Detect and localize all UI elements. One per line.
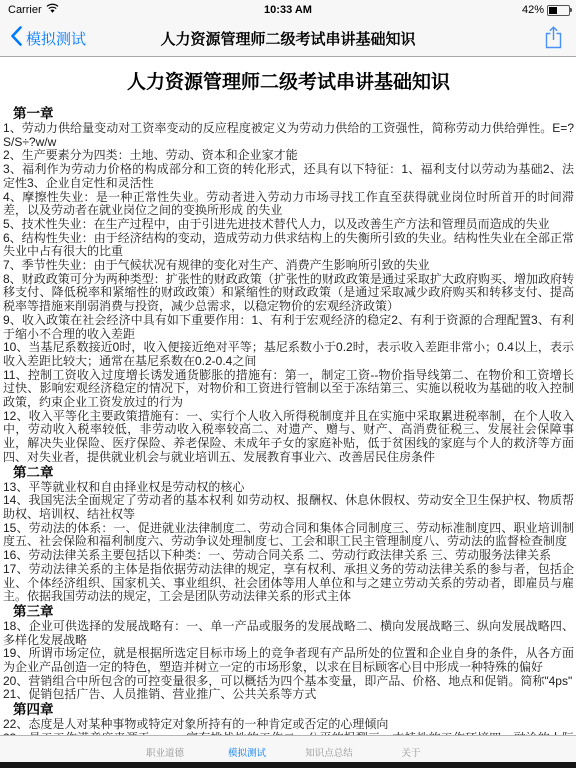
document-paragraph: 15、劳动法的体系：一、促进就业法律制度二、劳动合同和集体合同制度三、劳动标准制… — [3, 522, 574, 549]
document-paragraph: 9、收入政策在社会经济中具有如下重要作用：1、有利于宏观经济的稳定2、有利于资源… — [3, 314, 574, 341]
document-paragraph: 1、劳动力供给量变动对工资率变动的反应程度被定义为劳动力供给的工资强性，简称劳动… — [3, 122, 574, 149]
chapter-heading: 第一章 — [13, 106, 574, 122]
app-screen: Carrier 10:33 AM 42% 模拟 — [0, 0, 576, 768]
status-right: 42% — [522, 4, 576, 16]
wifi-icon — [46, 3, 59, 17]
document-paragraph: 22、态度是人对某种事物或特定对象所持有的一种肯定或否定的心理倾向 — [3, 718, 574, 732]
tab-guanyu[interactable]: 关于 — [370, 745, 452, 759]
chevron-left-icon — [10, 26, 22, 51]
status-left: Carrier — [0, 3, 59, 17]
document-paragraph: 19、所谓市场定位，就是根据所选定目标市场上的竞争者现有产品所处的位置和企业自身… — [3, 647, 574, 674]
document-paragraph: 6、结构性失业：由于经济结构的变动，造成劳动力供求结构上的失衡所引致的失业。结构… — [3, 232, 574, 259]
chapter-heading: 第二章 — [13, 465, 574, 481]
back-button-label: 模拟测试 — [26, 28, 86, 49]
document-paragraph: 7、季节性失业：由于气候状况有规律的变化对生产、消费产生影响所引致的失业 — [3, 259, 574, 273]
chapter-heading: 第三章 — [13, 604, 574, 620]
tab-zhiye-daode[interactable]: 职业道德 — [124, 745, 206, 759]
tab-zhishidian-zongjie[interactable]: 知识点总结 — [288, 745, 370, 759]
document-paragraph: 21、促销包括广告、人员推销、营业推广、公共关系等方式 — [3, 688, 574, 702]
share-icon — [545, 36, 562, 53]
battery-icon — [547, 5, 570, 16]
bottom-strip — [0, 762, 576, 768]
document-content[interactable]: 人力资源管理师二级考试串讲基础知识 第一章1、劳动力供给量变动对工资率变动的反应… — [0, 57, 576, 735]
document-paragraph: 12、收入平等化主要政策措施有：一、实行个人收入所得税制度并且在实施中采取累进税… — [3, 410, 574, 465]
document-paragraph: 5、技术性失业：在生产过程中，由于引进先进技术替代人力，以及改善生产方法和管理员… — [3, 218, 574, 232]
document-paragraph: 3、福利作为劳动力价格的构成部分和工资的转化形式，还具有以下特征：1、福利支付以… — [3, 163, 574, 190]
document-paragraph: 11、控制工资收入过度增长诱发通货膨胀的措施有：第一，制定工资--物价指导线第二… — [3, 369, 574, 410]
document-paragraph: 8、财政政策可分为两种类型：扩张性的财政政策（扩张性的财政政策是通过采取扩大政府… — [3, 273, 574, 314]
carrier-label: Carrier — [8, 4, 42, 16]
battery-percent: 42% — [522, 4, 544, 16]
status-time: 10:33 AM — [0, 4, 576, 16]
back-button[interactable]: 模拟测试 — [0, 26, 86, 51]
chapter-heading: 第四章 — [13, 702, 574, 718]
document-paragraph: 17、劳动法律关系的主体是指依据劳动法律的规定，享有权利、承担义务的劳动法律关系… — [3, 563, 574, 604]
status-bar: Carrier 10:33 AM 42% — [0, 0, 576, 20]
nav-title: 人力资源管理师二级考试串讲基础知识 — [60, 28, 516, 49]
document-paragraph: 4、摩擦性失业：是一种正常性失业。劳动者进入劳动力市场寻找工作直至获得就业岗位时… — [3, 191, 574, 218]
document-paragraph: 16、劳动法律关系主要包括以下种类：一、劳动合同关系 二、劳动行政法律关系 三、… — [3, 549, 574, 563]
share-button[interactable] — [545, 26, 562, 54]
document-title: 人力资源管理师二级考试串讲基础知识 — [3, 70, 574, 96]
document-body: 第一章1、劳动力供给量变动对工资率变动的反应程度被定义为劳动力供给的工资强性，简… — [3, 106, 574, 735]
document-paragraph: 18、企业可供选择的发展战略有：一、单一产品或服务的发展战略二、横向发展战略三、… — [3, 620, 574, 647]
tab-moni-ceshi[interactable]: 模拟测试 — [206, 745, 288, 759]
document-paragraph: 14、我国宪法全面规定了劳动者的基本权利 如劳动权、报酬权、休息休假权、劳动安全… — [3, 494, 574, 521]
document-paragraph: 10、当基尼系数接近0时，收入便接近绝对平等；基尼系数小于0.2时，表示收入差距… — [3, 341, 574, 368]
navigation-bar: 模拟测试 人力资源管理师二级考试串讲基础知识 — [0, 20, 576, 57]
tab-bar: 职业道德模拟测试知识点总结关于 — [0, 735, 576, 762]
